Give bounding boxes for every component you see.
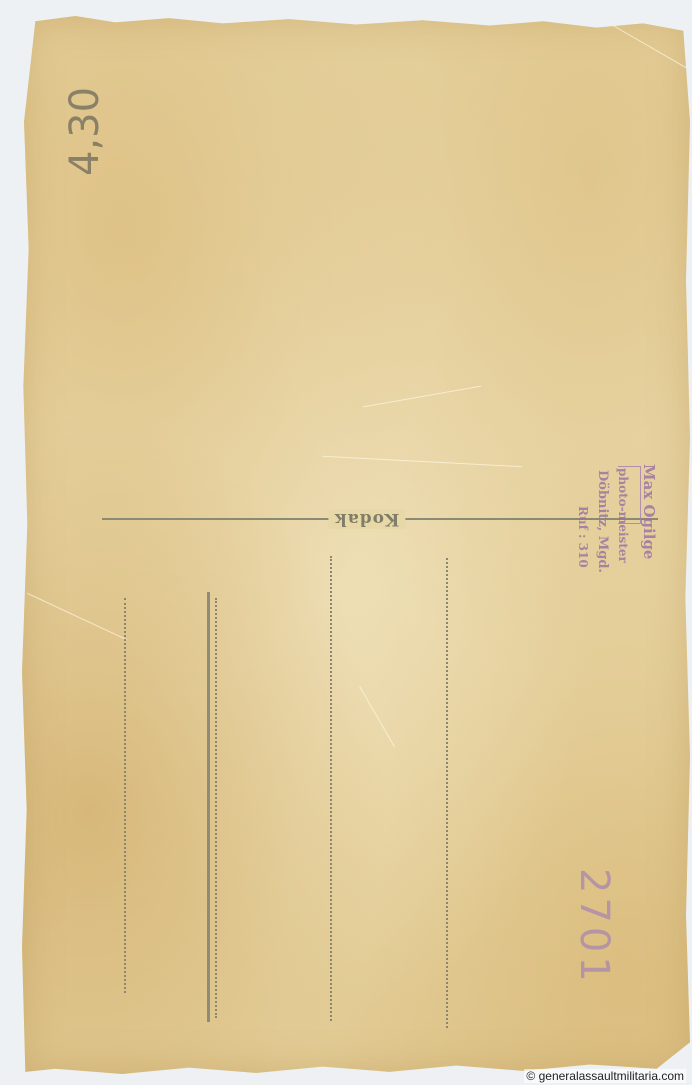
stamp-line: Ruf : 310 [576, 506, 590, 568]
address-dotted-line-3 [446, 558, 448, 1028]
stamp-line: photo-meister [616, 468, 630, 563]
inventory-number: 2701 [571, 868, 617, 986]
message-dotted-line [124, 598, 126, 993]
pencil-price: 4,30 [62, 87, 108, 176]
stamp-line: Max Ogilge [640, 464, 658, 559]
crease [27, 593, 127, 640]
crease [322, 456, 522, 467]
crease [571, 1, 692, 72]
address-dotted-line-2 [330, 556, 332, 1021]
postcard-back: 4,30 Kodak Max Ogilge photo-meister Döbn… [22, 16, 690, 1074]
address-dotted-line-1 [215, 598, 217, 1018]
crease [363, 386, 481, 408]
brand-label: Kodak [328, 509, 405, 529]
stamp-line: Döbnitz, Mgd. [595, 470, 610, 573]
photographer-stamp: Max Ogilge photo-meister Döbnitz, Mgd. R… [530, 450, 670, 620]
center-divider [207, 592, 210, 1022]
watermark: © generalassaultmilitaria.com [524, 1069, 686, 1083]
crease [359, 686, 395, 747]
